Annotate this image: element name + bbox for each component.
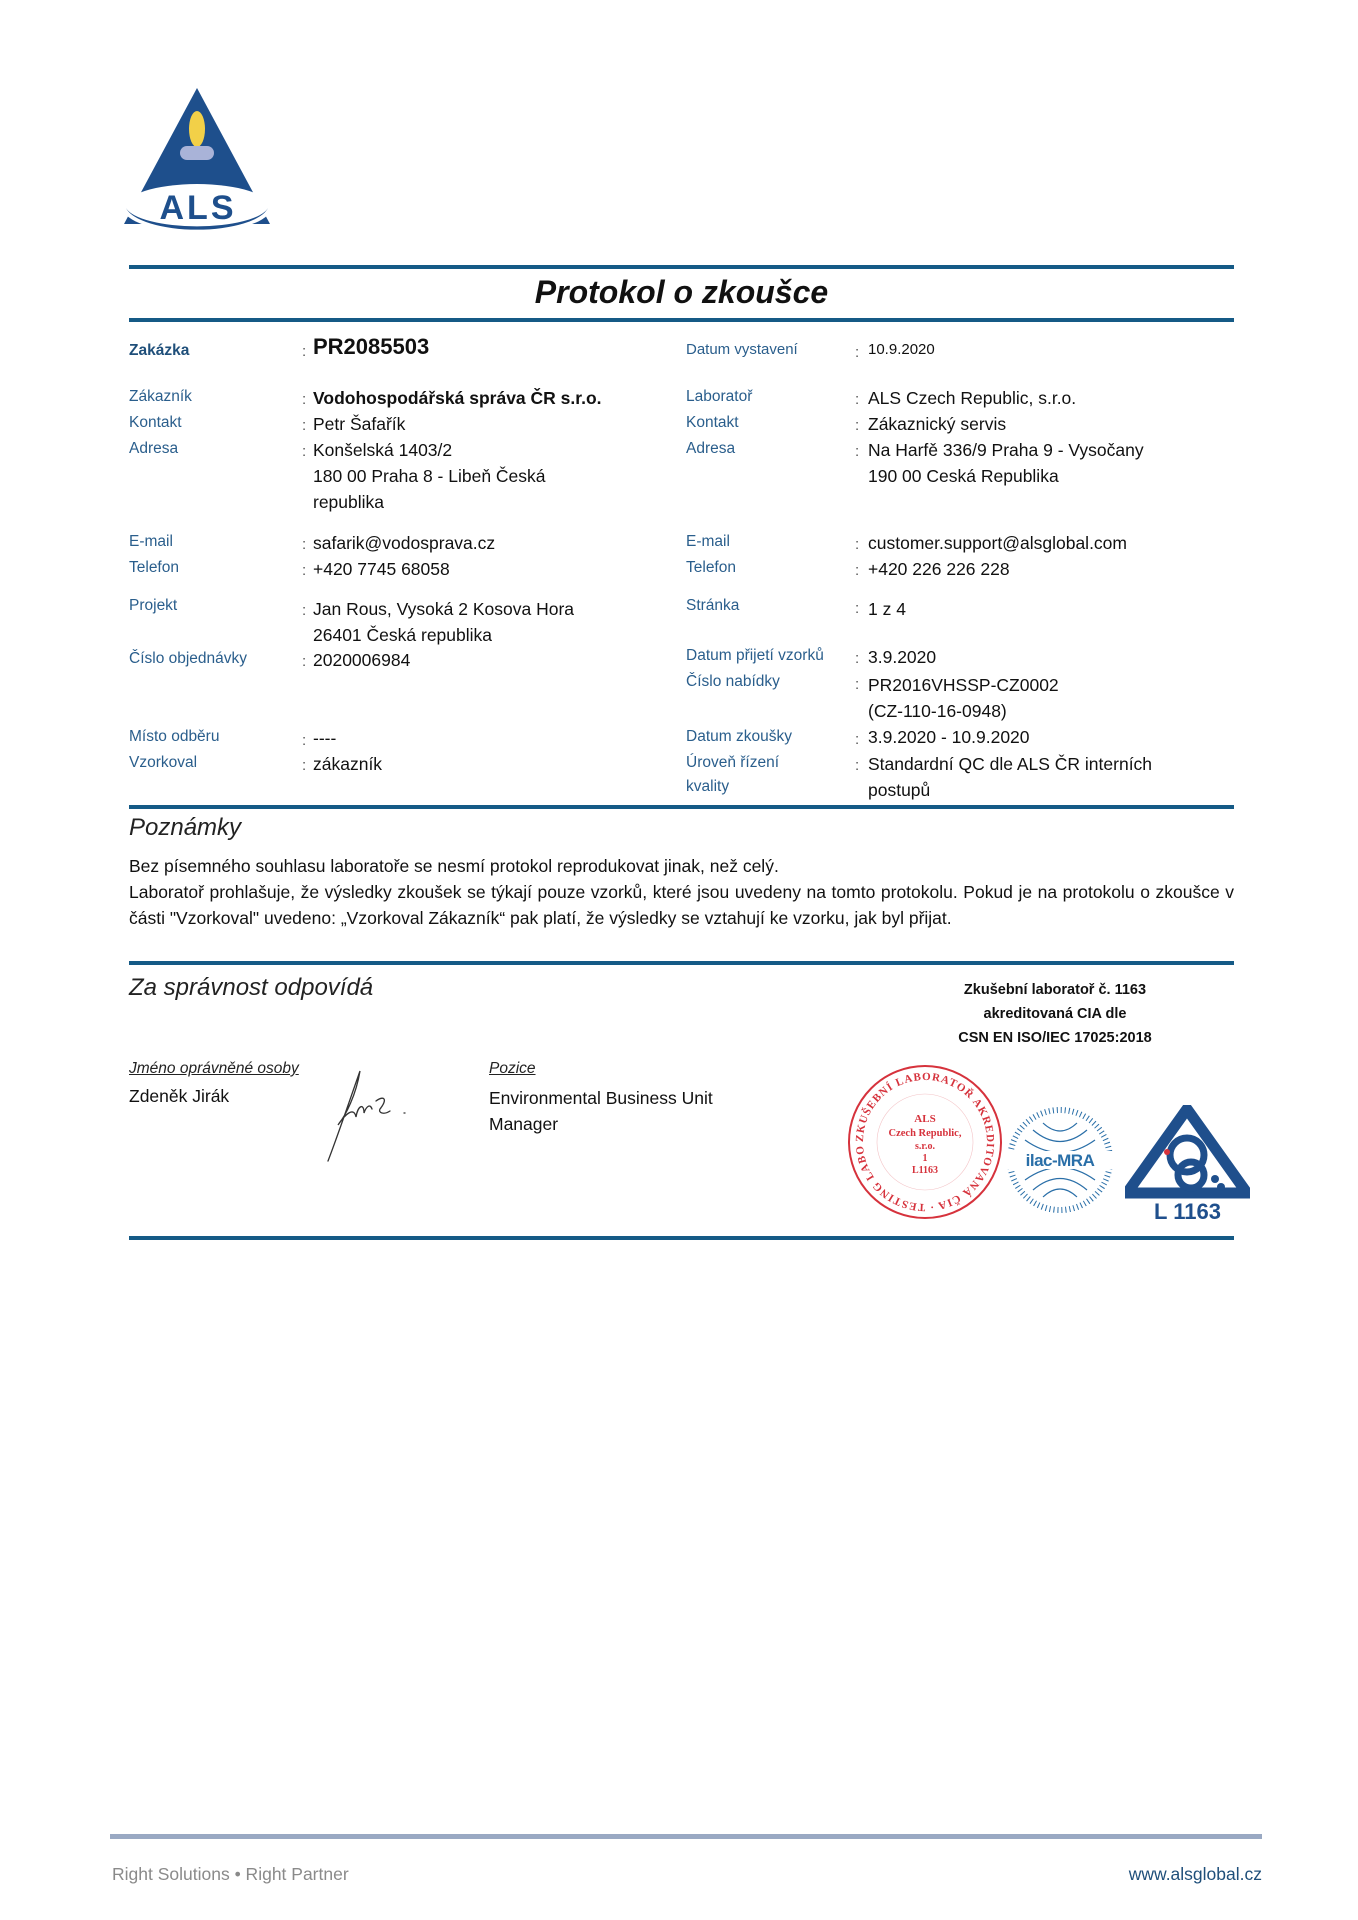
lab-label: Laboratoř [686, 388, 752, 406]
logo-text: ALS [142, 189, 254, 228]
responsibility-heading: Za správnost odpovídá [129, 974, 373, 1002]
svg-text:1: 1 [923, 1153, 928, 1164]
person-name: Zdeněk Jirák [129, 1083, 229, 1109]
colon: : [855, 757, 859, 774]
contact-label: Kontakt [129, 414, 182, 432]
position-line-2: Manager [489, 1111, 558, 1137]
colon: : [302, 391, 306, 408]
qc-level-line-1: Standardní QC dle ALS ČR interních [868, 751, 1152, 777]
issue-date-value: 10.9.2020 [868, 337, 935, 363]
ilac-mra-logo: ilac-MRA [1005, 1105, 1115, 1215]
sampled-by-label: Vzorkoval [129, 754, 197, 772]
colon: : [855, 676, 859, 693]
details-rule [129, 805, 1234, 809]
notes-paragraph: Bez písemného souhlasu laboratoře se nes… [129, 853, 1234, 879]
colon: : [855, 391, 859, 408]
project-line-2: 26401 Česká republika [313, 622, 492, 648]
signature [320, 1065, 420, 1165]
svg-text:L1163: L1163 [912, 1165, 938, 1176]
order-number: PR2085503 [313, 334, 429, 360]
email-value: safarik@vodosprava.cz [313, 530, 495, 556]
order-label: Zakázka [129, 342, 189, 360]
colon: : [855, 600, 859, 617]
svg-text:Czech Republic,: Czech Republic, [889, 1128, 962, 1139]
customer-value: Vodohospodářská správa ČR s.r.o. [313, 385, 602, 411]
page-label: Stránka [686, 597, 739, 615]
lab-address-label: Adresa [686, 440, 735, 458]
person-label: Jméno oprávněné osoby [129, 1060, 299, 1078]
colon: : [302, 562, 306, 579]
lab-address-line-2: 190 00 Ceská Republika [868, 463, 1059, 489]
sampling-place-label: Místo odběru [129, 728, 219, 746]
lab-phone-label: Telefon [686, 559, 736, 577]
stamp-icon: ZKUŠEBNÍ LABORATOŘ AKREDITOVANÁ ČIA · TE… [845, 1062, 1005, 1222]
signature-icon [320, 1065, 420, 1165]
customer-label: Zákazník [129, 388, 192, 406]
contact-value: Petr Šafařík [313, 411, 405, 437]
order-number-value: 2020006984 [313, 647, 410, 673]
address-line-1: Konšelská 1403/2 [313, 437, 452, 463]
header-rule-top [129, 265, 1234, 269]
notes-body: Bez písemného souhlasu laboratoře se nes… [129, 853, 1234, 931]
colon: : [302, 653, 306, 670]
receipt-date-value: 3.9.2020 [868, 644, 936, 670]
offer-number-label: Číslo nabídky [686, 673, 780, 691]
footer-website-link[interactable]: www.alsglobal.cz [1129, 1864, 1262, 1885]
colon: : [855, 536, 859, 553]
sampled-by-value: zákazník [313, 751, 382, 777]
page-title: Protokol o zkoušce [129, 274, 1234, 311]
lab-address-line-1: Na Harfě 336/9 Praha 9 - Vysočany [868, 437, 1144, 463]
accreditation-line: akreditovaná CIA dle [930, 1002, 1180, 1026]
colon: : [855, 650, 859, 667]
als-logo: ALS [124, 84, 274, 234]
qc-level-line-2: postupů [868, 777, 930, 803]
cai-icon [1125, 1105, 1250, 1200]
colon: : [302, 536, 306, 553]
order-number-label: Číslo objednávky [129, 650, 247, 668]
cai-logo: L 1163 [1125, 1105, 1250, 1230]
colon: : [302, 417, 306, 434]
colon: : [855, 731, 859, 748]
accreditation-stamp: ZKUŠEBNÍ LABORATOŘ AKREDITOVANÁ ČIA · TE… [845, 1062, 1005, 1222]
phone-label: Telefon [129, 559, 179, 577]
colon: : [302, 443, 306, 460]
notes-rule [129, 961, 1234, 965]
address-line-2: 180 00 Praha 8 - Libeň Česká [313, 463, 546, 489]
accreditation-line: Zkušební laboratoř č. 1163 [930, 978, 1180, 1002]
qc-level-label-2: kvality [686, 778, 729, 796]
order-colon: : [302, 343, 306, 360]
offer-number-line-2: (CZ-110-16-0948) [868, 698, 1007, 724]
address-line-3: republika [313, 489, 384, 515]
sampling-place-value: ---- [313, 725, 336, 751]
lab-email-value: customer.support@alsglobal.com [868, 530, 1127, 556]
footer-rule [110, 1834, 1262, 1839]
accreditation-text: Zkušební laboratoř č. 1163 akreditovaná … [930, 978, 1180, 1050]
colon: : [302, 602, 306, 619]
test-date-label: Datum zkoušky [686, 728, 792, 746]
lab-contact-value: Zákaznický servis [868, 411, 1006, 437]
notes-paragraph: Laboratoř prohlašuje, že výsledky zkouše… [129, 879, 1234, 931]
signature-rule [129, 1236, 1234, 1240]
colon: : [855, 443, 859, 460]
accreditation-line: CSN EN ISO/IEC 17025:2018 [930, 1026, 1180, 1050]
lab-email-label: E-mail [686, 533, 730, 551]
lab-value: ALS Czech Republic, s.r.o. [868, 385, 1076, 411]
lab-contact-label: Kontakt [686, 414, 739, 432]
receipt-date-label: Datum přijetí vzorků [686, 647, 824, 665]
colon: : [302, 732, 306, 749]
ilac-icon: ilac-MRA [1005, 1105, 1115, 1215]
project-label: Projekt [129, 597, 177, 615]
test-date-value: 3.9.2020 - 10.9.2020 [868, 724, 1030, 750]
issue-date-colon: : [855, 344, 859, 361]
footer-slogan: Right Solutions • Right Partner [112, 1864, 349, 1885]
svg-text:ALS: ALS [914, 1113, 935, 1125]
qc-level-label-1: Úroveň řízení [686, 754, 779, 772]
position-line-1: Environmental Business Unit [489, 1085, 713, 1111]
lab-phone-value: +420 226 226 228 [868, 556, 1010, 582]
colon: : [302, 757, 306, 774]
page-value: 1 z 4 [868, 596, 906, 622]
svg-text:s.r.o.: s.r.o. [915, 1141, 935, 1152]
cai-code: L 1163 [1125, 1199, 1250, 1225]
position-label: Pozice [489, 1060, 536, 1078]
email-label: E-mail [129, 533, 173, 551]
notes-heading: Poznámky [129, 814, 241, 842]
phone-value: +420 7745 68058 [313, 556, 450, 582]
colon: : [855, 417, 859, 434]
issue-date-label: Datum vystavení [686, 341, 798, 358]
address-label: Adresa [129, 440, 178, 458]
header-rule-bottom [129, 318, 1234, 322]
svg-text:ilac-MRA: ilac-MRA [1026, 1151, 1095, 1170]
colon: : [855, 562, 859, 579]
project-line-1: Jan Rous, Vysoká 2 Kosova Hora [313, 596, 574, 622]
offer-number-line-1: PR2016VHSSP-CZ0002 [868, 672, 1059, 698]
